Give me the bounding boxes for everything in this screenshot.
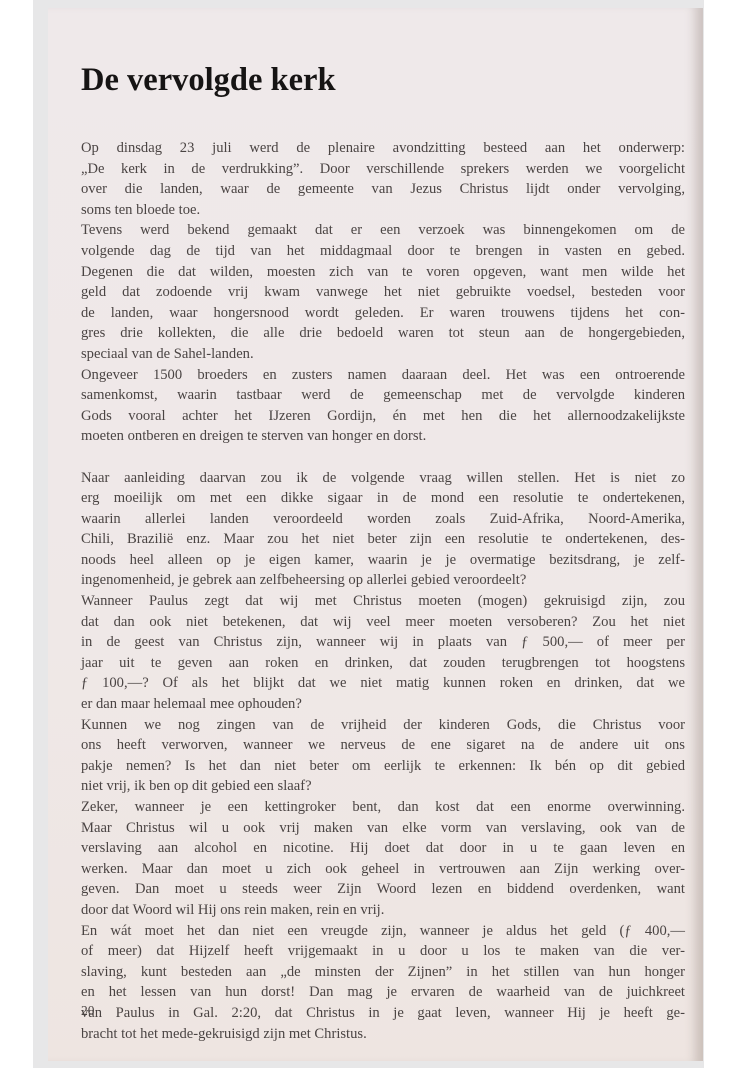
text-line: ingenomenheid, je gebrek aan zelfbeheers… — [81, 570, 685, 591]
text-line: bracht tot het mede-gekruisigd zijn met … — [81, 1024, 685, 1045]
text-line: van Paulus in Gal. 2:20, dat Christus in… — [81, 1003, 685, 1024]
text-line: gres drie kollekten, die alle drie bedoe… — [81, 323, 685, 344]
text-line: Maar Christus wil u ook vrij maken van e… — [81, 818, 685, 839]
text-line: door dat Woord wil Hij ons rein maken, r… — [81, 900, 685, 921]
paragraph: Wanneer Paulus zegt dat wij met Christus… — [81, 591, 685, 715]
text-line: Zeker, wanneer je een kettingroker bent,… — [81, 797, 685, 818]
text-line: over die landen, waar de gemeente van Je… — [81, 179, 685, 200]
paragraph: Op dinsdag 23 juli werd de plenaire avon… — [81, 138, 685, 220]
text-line: Wanneer Paulus zegt dat wij met Christus… — [81, 591, 685, 612]
text-line: ƒ 100,—? Of als het blijkt dat we niet m… — [81, 673, 685, 694]
text-line: Ongeveer 1500 broeders en zusters namen … — [81, 365, 685, 386]
text-line: erg moeilijk om met een dikke sigaar in … — [81, 488, 685, 509]
text-line: niet vrij, ik ben op dit gebied een slaa… — [81, 776, 685, 797]
text-line: En wát moet het dan niet een vreugde zij… — [81, 921, 685, 942]
article-body: Op dinsdag 23 juli werd de plenaire avon… — [81, 138, 685, 1044]
paragraph-gap — [81, 447, 685, 468]
text-line: „De kerk in de verdrukking”. Door versch… — [81, 159, 685, 180]
text-line: in de geest van Christus zijn, wanneer w… — [81, 632, 685, 653]
text-line: Chili, Brazilië enz. Maar zou het niet b… — [81, 529, 685, 550]
text-line: verslaving aan alcohol en nicotine. Hij … — [81, 838, 685, 859]
text-line: Naar aanleiding daarvan zou ik de volgen… — [81, 468, 685, 489]
text-line: Degenen die dat wilden, moesten zich van… — [81, 262, 685, 283]
text-line: ons heeft verworven, wanneer we nerveus … — [81, 735, 685, 756]
text-line: Gods vooral achter het IJzeren Gordijn, … — [81, 406, 685, 427]
paragraph: Tevens werd bekend gemaakt dat er een ve… — [81, 220, 685, 364]
text-line: of meer) dat Hijzelf heeft vrijgemaakt i… — [81, 941, 685, 962]
text-line: geld dat zodoende vrij kwam vanwege het … — [81, 282, 685, 303]
text-line: werken. Maar dan moet u zich ook geheel … — [81, 859, 685, 880]
text-line: er dan maar helemaal mee ophouden? — [81, 694, 685, 715]
text-line: Kunnen we nog zingen van de vrijheid der… — [81, 715, 685, 736]
text-line: de landen, waar hongersnood wordt gelede… — [81, 303, 685, 324]
text-line: jaar uit te geven aan roken en drinken, … — [81, 653, 685, 674]
paragraph: Ongeveer 1500 broeders en zusters namen … — [81, 365, 685, 447]
paragraph: Zeker, wanneer je een kettingroker bent,… — [81, 797, 685, 921]
text-line: geven. Dan moet u steeds weer Zijn Woord… — [81, 879, 685, 900]
page-number: 20 — [81, 1003, 95, 1019]
text-line: Op dinsdag 23 juli werd de plenaire avon… — [81, 138, 685, 159]
text-line: moeten ontberen en dreigen te sterven va… — [81, 426, 685, 447]
article-title: De vervolgde kerk — [81, 62, 336, 99]
text-line: waarin allerlei landen veroordeeld worde… — [81, 509, 685, 530]
text-line: soms ten bloede toe. — [81, 200, 685, 221]
text-line: pakje nemen? Is het dan niet beter om ee… — [81, 756, 685, 777]
text-line: dat dan ook niet betekenen, dat wij veel… — [81, 612, 685, 633]
text-line: en het lessen van hun dorst! Dan mag je … — [81, 982, 685, 1003]
text-line: speciaal van de Sahel-landen. — [81, 344, 685, 365]
text-line: Tevens werd bekend gemaakt dat er een ve… — [81, 220, 685, 241]
paragraph: Kunnen we nog zingen van de vrijheid der… — [81, 715, 685, 797]
paragraph: En wát moet het dan niet een vreugde zij… — [81, 921, 685, 1045]
text-line: slaving, kunt besteden aan „de minsten d… — [81, 962, 685, 983]
paragraph: Naar aanleiding daarvan zou ik de volgen… — [81, 468, 685, 592]
text-line: samenkomst, waarin tastbaar werd de geme… — [81, 385, 685, 406]
text-line: noods heel alleen op je eigen kamer, waa… — [81, 550, 685, 571]
text-line: volgende dag de tijd van het middagmaal … — [81, 241, 685, 262]
